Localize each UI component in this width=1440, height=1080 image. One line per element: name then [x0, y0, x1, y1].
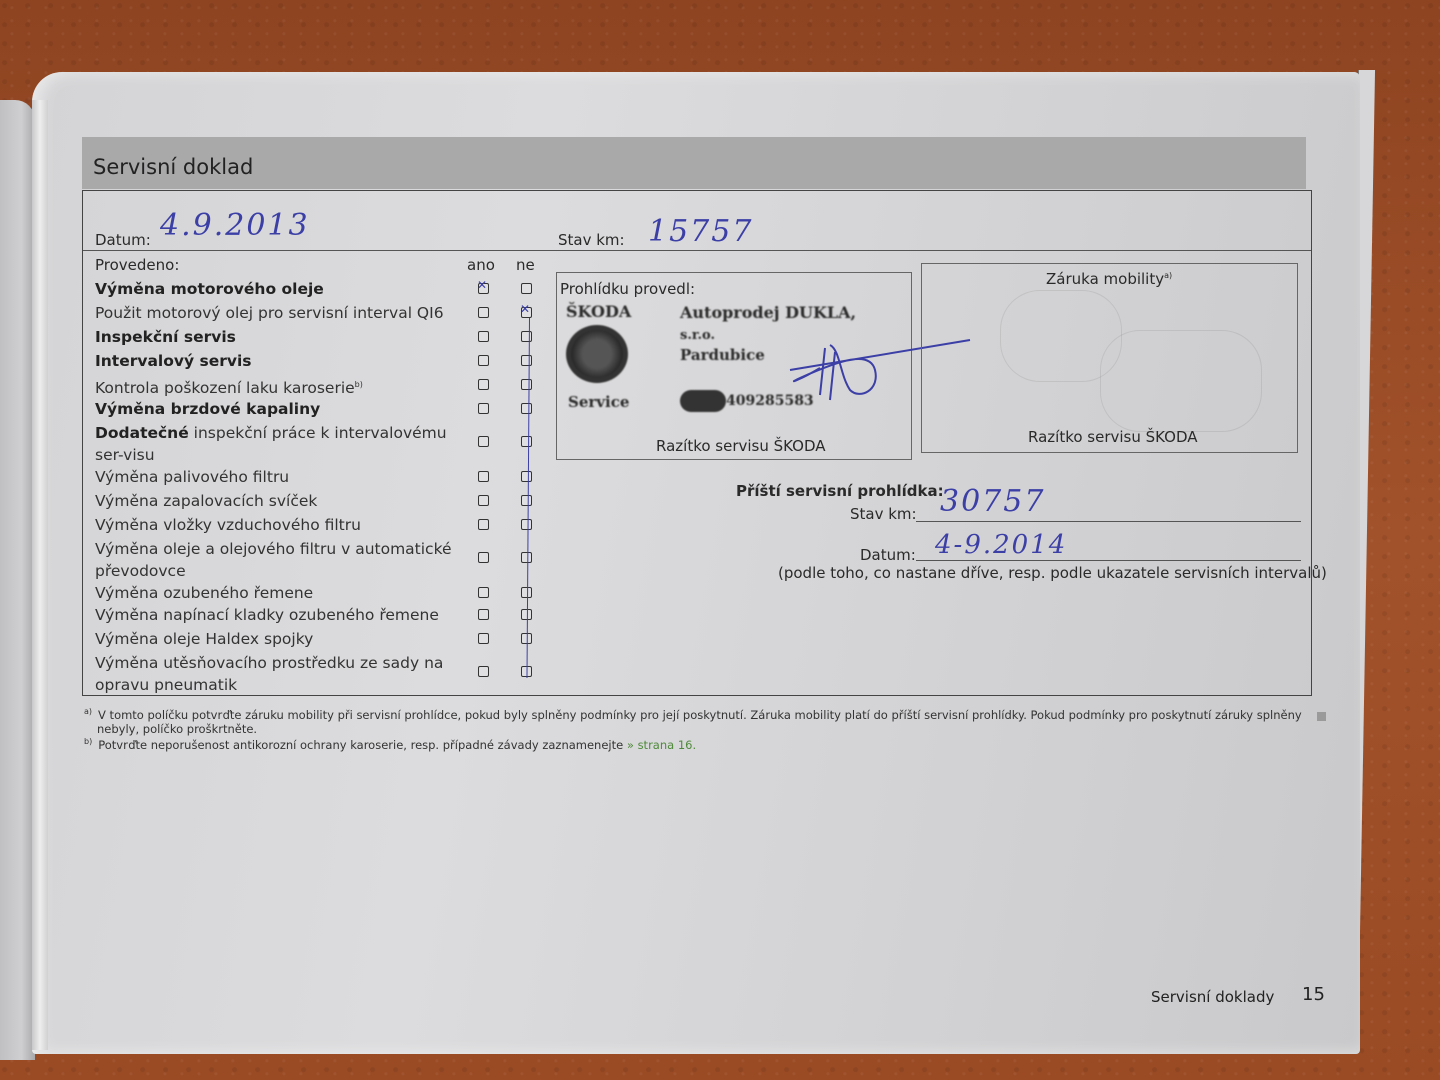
checklist-item-label: Kontrola poškození laku karoserie	[95, 379, 355, 397]
checkbox-yes[interactable]	[478, 355, 489, 366]
checkbox-yes[interactable]	[478, 436, 489, 447]
checklist-item-bold-label: Výměna motorového oleje	[95, 280, 324, 298]
page-number: 15	[1302, 984, 1325, 1005]
checkbox-yes[interactable]	[478, 666, 489, 677]
stamp-dealer: Autoprodej DUKLA,	[680, 303, 856, 322]
footnote-a: a)V tomto políčku potvrďte záruku mobili…	[84, 707, 1302, 722]
checkbox-no[interactable]	[521, 355, 532, 366]
col-no-header: ne	[516, 256, 535, 274]
stamp-company: s.r.o.	[680, 328, 715, 343]
checklist-item: Dodatečné inspekční práce k intervalovém…	[95, 422, 455, 466]
page-16-link[interactable]: » strana 16.	[627, 738, 696, 752]
stamp-caption-right: Razítko servisu ŠKODA	[1028, 428, 1198, 446]
checkbox-no[interactable]	[521, 495, 532, 506]
checkbox-yes[interactable]	[478, 587, 489, 598]
footnote-ref-b: b)	[355, 380, 363, 389]
checkbox-yes[interactable]	[478, 519, 489, 530]
checklist-item-label: Výměna zapalovacích svíček	[95, 492, 317, 510]
footnote-a-text: V tomto políčku potvrďte záruku mobility…	[98, 708, 1302, 722]
checklist-item: Intervalový servis	[95, 350, 455, 372]
stamp-caption-left: Razítko servisu ŠKODA	[656, 437, 826, 455]
checklist-item-label: Výměna napínací kladky ozubeného řemene	[95, 606, 439, 624]
checklist-item: Inspekční servis	[95, 326, 455, 348]
next-inspection-heading: Příští servisní prohlídka:	[736, 482, 944, 500]
checkbox-no[interactable]	[521, 307, 532, 318]
checklist-item-bold-label: Dodatečné	[95, 424, 189, 442]
stamp-city: Pardubice	[680, 346, 765, 364]
checklist-item-bold-label: Výměna brzdové kapaliny	[95, 400, 320, 418]
skoda-logo-icon	[566, 325, 628, 383]
page-title: Servisní doklad	[93, 155, 253, 179]
checklist-item: Výměna utěsňovacího prostředku ze sady n…	[95, 652, 455, 696]
footnote-b-text: Potvrďte neporušenost antikorozní ochran…	[98, 738, 623, 752]
next-date-label: Datum:	[860, 546, 916, 564]
footnote-a-mark: a)	[84, 707, 92, 716]
checklist-item-bold-label: Intervalový servis	[95, 352, 252, 370]
checkbox-yes[interactable]	[478, 552, 489, 563]
checklist-item-bold-label: Inspekční servis	[95, 328, 236, 346]
checklist-item: Výměna ozubeného řemene	[95, 582, 455, 604]
footnote-b: b)Potvrďte neporušenost antikorozní ochr…	[84, 737, 696, 752]
checklist-item: Použit motorový olej pro servisní interv…	[95, 302, 455, 324]
checkbox-yes[interactable]	[478, 379, 489, 390]
checkbox-no[interactable]	[521, 379, 532, 390]
title-bar	[82, 137, 1306, 189]
faded-watermark	[1100, 330, 1262, 432]
checkbox-yes[interactable]	[478, 331, 489, 342]
next-date-line	[916, 560, 1301, 561]
next-km-line	[916, 521, 1301, 522]
checklist-item-label: Výměna oleje Haldex spojky	[95, 630, 313, 648]
checkbox-no[interactable]	[521, 283, 532, 294]
footnote-a-continued: nebyly, políčko proškrtněte.	[97, 722, 257, 736]
phone-icon	[680, 390, 726, 412]
checklist-item: Kontrola poškození laku karoserieb)	[95, 374, 455, 399]
header-divider	[83, 250, 1311, 251]
checklist-item: Výměna oleje a olejového filtru v automa…	[95, 538, 455, 582]
left-page-edge	[0, 100, 35, 1060]
date-value[interactable]: 4.9.2013	[160, 208, 310, 243]
inspected-by-label: Prohlídku provedl:	[560, 280, 695, 298]
end-of-section-marker	[1317, 712, 1326, 721]
checklist-item-label: Výměna vložky vzduchového filtru	[95, 516, 361, 534]
footer-section: Servisní doklady	[1151, 988, 1274, 1006]
checkbox-no[interactable]	[521, 519, 532, 530]
checklist-item-label: Výměna palivového filtru	[95, 468, 289, 486]
checkbox-yes[interactable]	[478, 283, 489, 294]
col-yes-header: ano	[467, 256, 495, 274]
footnote-ref-a: a)	[1164, 271, 1172, 280]
checklist-item-label: Výměna oleje a olejového filtru v automa…	[95, 540, 452, 580]
km-value[interactable]: 15757	[648, 214, 753, 249]
performed-heading: Provedeno:	[95, 256, 179, 274]
checkbox-yes[interactable]	[478, 633, 489, 644]
stamp-service: Service	[568, 393, 629, 411]
stamp-brand: ŠKODA	[566, 302, 631, 321]
checkbox-no[interactable]	[521, 436, 532, 447]
page-gutter	[32, 100, 48, 1050]
checklist-item: Výměna brzdové kapaliny	[95, 398, 455, 420]
checklist-item: Výměna zapalovacích svíček	[95, 490, 455, 512]
checklist-item-label: Výměna utěsňovacího prostředku ze sady n…	[95, 654, 443, 694]
checklist-item: Výměna oleje Haldex spojky	[95, 628, 455, 650]
checkbox-yes[interactable]	[478, 495, 489, 506]
checklist-item: Výměna vložky vzduchového filtru	[95, 514, 455, 536]
checklist-item-label: Výměna ozubeného řemene	[95, 584, 313, 602]
footnote-b-mark: b)	[84, 737, 92, 746]
mobility-title-text: Záruka mobility	[1046, 270, 1164, 288]
date-label: Datum:	[95, 231, 151, 249]
checklist-item-label: Použit motorový olej pro servisní interv…	[95, 304, 444, 322]
checkbox-yes[interactable]	[478, 471, 489, 482]
checkbox-no[interactable]	[521, 471, 532, 482]
checkbox-yes[interactable]	[478, 403, 489, 414]
next-inspection-note: (podle toho, co nastane dříve, resp. pod…	[778, 564, 1327, 582]
mobility-title: Záruka mobilitya)	[1046, 270, 1172, 288]
next-date-value[interactable]: 4-9.2014	[935, 530, 1067, 560]
next-km-label: Stav km:	[850, 505, 917, 523]
km-label: Stav km:	[558, 231, 625, 249]
checkbox-yes[interactable]	[478, 307, 489, 318]
checkbox-no[interactable]	[521, 331, 532, 342]
next-km-value[interactable]: 30757	[940, 484, 1045, 519]
checklist-item: Výměna palivového filtru	[95, 466, 455, 488]
checklist-item: Výměna napínací kladky ozubeného řemene	[95, 604, 455, 626]
checkbox-no[interactable]	[521, 403, 532, 414]
checkbox-yes[interactable]	[478, 609, 489, 620]
checklist-item: Výměna motorového oleje	[95, 278, 455, 300]
